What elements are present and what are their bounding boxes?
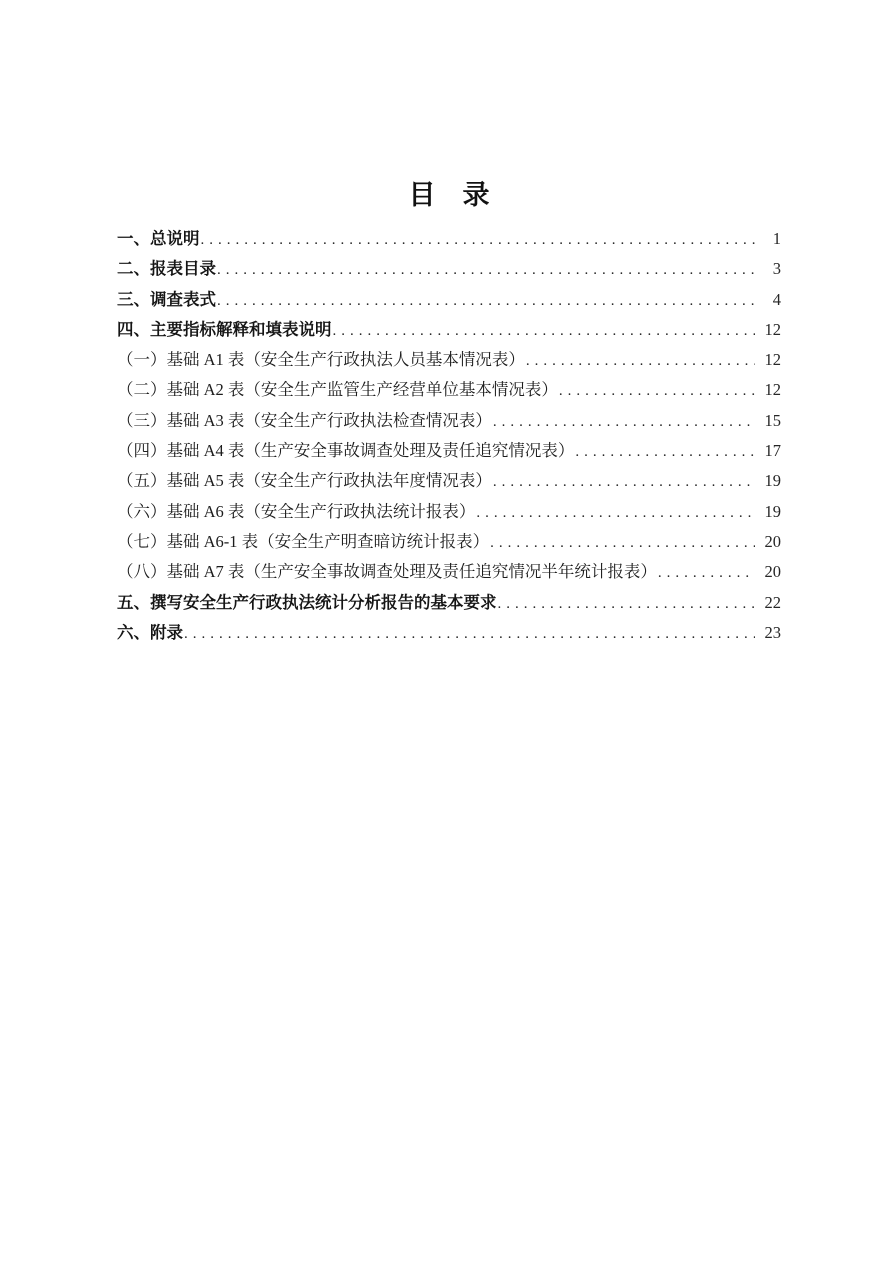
toc-entry-page-number: 3	[757, 254, 781, 284]
dot-leader: ........................................…	[493, 407, 755, 437]
toc-entry-page-number: 15	[757, 406, 781, 436]
dot-leader: ........................................…	[575, 437, 755, 467]
dot-leader: ........................................…	[184, 619, 755, 649]
toc-entry-label: 三、调查表式	[117, 285, 216, 315]
toc-entry[interactable]: 三、调查表式 .................................…	[117, 285, 781, 315]
toc-entry-label: （六）基础 A6 表（安全生产行政执法统计报表）	[117, 497, 475, 527]
toc-entry-page-number: 1	[757, 224, 781, 254]
toc-entry[interactable]: 四、主要指标解释和填表说明 ..........................…	[117, 315, 781, 345]
toc-entry-label: （四）基础 A4 表（生产安全事故调查处理及责任追究情况表）	[117, 436, 574, 466]
toc-entry-page-number: 20	[757, 527, 781, 557]
toc-entry-label: 一、总说明	[117, 224, 200, 254]
toc-entry-page-number: 17	[757, 436, 781, 466]
toc-entry-page-number: 19	[757, 497, 781, 527]
dot-leader: ........................................…	[217, 286, 755, 316]
toc-entry-label: （三）基础 A3 表（安全生产行政执法检查情况表）	[117, 406, 492, 436]
dot-leader: ........................................…	[201, 225, 756, 255]
dot-leader: ........................................…	[559, 376, 755, 406]
table-of-contents: 目 录 一、总说明 ..............................…	[117, 180, 781, 648]
toc-entry-page-number: 23	[757, 618, 781, 648]
toc-entry[interactable]: 六、附录 ...................................…	[117, 618, 781, 648]
toc-entry-label: （五）基础 A5 表（安全生产行政执法年度情况表）	[117, 466, 492, 496]
toc-entry-list: 一、总说明 ..................................…	[117, 224, 781, 648]
dot-leader: ........................................…	[493, 467, 755, 497]
dot-leader: ........................................…	[658, 558, 755, 588]
toc-entry-label: （一）基础 A1 表（安全生产行政执法人员基本情况表）	[117, 345, 525, 375]
document-page: 目 录 一、总说明 ..............................…	[0, 0, 893, 1263]
dot-leader: ........................................…	[498, 589, 756, 619]
toc-entry-label: 六、附录	[117, 618, 183, 648]
toc-entry[interactable]: 二、报表目录 .................................…	[117, 254, 781, 284]
toc-entry[interactable]: （三）基础 A3 表（安全生产行政执法检查情况表） ..............…	[117, 406, 781, 436]
toc-entry-page-number: 20	[757, 557, 781, 587]
toc-entry[interactable]: （七）基础 A6-1 表（安全生产明查暗访统计报表） .............…	[117, 527, 781, 557]
toc-entry[interactable]: 五、撰写安全生产行政执法统计分析报告的基本要求 ................…	[117, 588, 781, 618]
dot-leader: ........................................…	[526, 346, 755, 376]
toc-entry[interactable]: （一）基础 A1 表（安全生产行政执法人员基本情况表） ............…	[117, 345, 781, 375]
toc-entry-label: （二）基础 A2 表（安全生产监管生产经营单位基本情况表）	[117, 375, 558, 405]
toc-entry-label: （八）基础 A7 表（生产安全事故调查处理及责任追究情况半年统计报表）	[117, 557, 657, 587]
dot-leader: ........................................…	[490, 528, 755, 558]
toc-entry-label: （七）基础 A6-1 表（安全生产明查暗访统计报表）	[117, 527, 489, 557]
dot-leader: ........................................…	[476, 498, 755, 528]
toc-entry-page-number: 12	[757, 315, 781, 345]
toc-entry[interactable]: （四）基础 A4 表（生产安全事故调查处理及责任追究情况表） .........…	[117, 436, 781, 466]
dot-leader: ........................................…	[217, 255, 755, 285]
dot-leader: ........................................…	[333, 316, 756, 346]
toc-entry-page-number: 12	[757, 345, 781, 375]
toc-entry-page-number: 4	[757, 285, 781, 315]
toc-entry[interactable]: （六）基础 A6 表（安全生产行政执法统计报表） ...............…	[117, 497, 781, 527]
toc-entry[interactable]: 一、总说明 ..................................…	[117, 224, 781, 254]
toc-entry-page-number: 19	[757, 466, 781, 496]
toc-entry-page-number: 12	[757, 375, 781, 405]
toc-entry-label: 五、撰写安全生产行政执法统计分析报告的基本要求	[117, 588, 497, 618]
toc-entry-page-number: 22	[757, 588, 781, 618]
toc-title: 目 录	[117, 180, 781, 210]
toc-entry-label: 二、报表目录	[117, 254, 216, 284]
toc-entry[interactable]: （八）基础 A7 表（生产安全事故调查处理及责任追究情况半年统计报表） ....…	[117, 557, 781, 587]
toc-entry-label: 四、主要指标解释和填表说明	[117, 315, 332, 345]
toc-entry[interactable]: （五）基础 A5 表（安全生产行政执法年度情况表） ..............…	[117, 466, 781, 496]
toc-entry[interactable]: （二）基础 A2 表（安全生产监管生产经营单位基本情况表） ..........…	[117, 375, 781, 405]
